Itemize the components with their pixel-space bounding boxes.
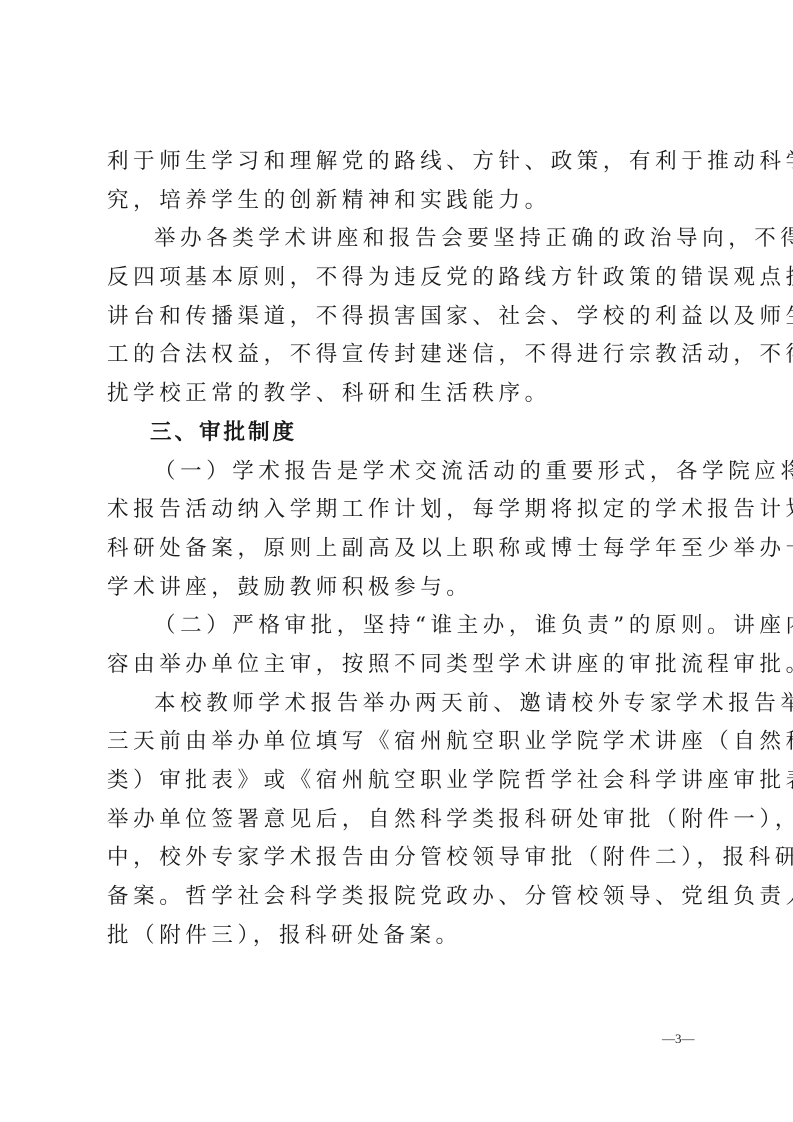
paragraph-start-line: （二）严格审批，坚持“谁主办，谁负责”的原则。讲座内 <box>107 607 691 646</box>
page-number: —3— <box>662 1031 695 1047</box>
text-line: 举办单位签署意见后，自然科学类报科研处审批（附件一），其 <box>107 801 691 840</box>
paragraph-start-line: 本校教师学术报告举办两天前、邀请校外专家学术报告举办 <box>107 685 691 724</box>
text-line: 术报告活动纳入学期工作计划，每学期将拟定的学术报告计划送 <box>107 491 691 530</box>
paragraph-start-line: 举办各类学术讲座和报告会要坚持正确的政治导向，不得违 <box>107 220 691 259</box>
text-line: 反四项基本原则，不得为违反党的路线方针政策的错误观点提供 <box>107 259 691 298</box>
document-page: 利于师生学习和理解党的路线、方针、政策，有利于推动科学研 究，培养学生的创新精神… <box>0 0 793 1122</box>
text-line: 学术讲座，鼓励教师积极参与。 <box>107 569 691 608</box>
text-line: 批（附件三），报科研处备案。 <box>107 917 691 956</box>
section-heading: 三、审批制度 <box>107 414 691 453</box>
text-line: 三天前由举办单位填写《宿州航空职业学院学术讲座（自然科学 <box>107 723 691 762</box>
text-line: 备案。哲学社会科学类报院党政办、分管校领导、党组负责人审 <box>107 878 691 917</box>
text-line: 科研处备案，原则上副高及以上职称或博士每学年至少举办一次 <box>107 530 691 569</box>
text-line: 工的合法权益，不得宣传封建迷信，不得进行宗教活动，不得干 <box>107 336 691 375</box>
text-line: 讲台和传播渠道，不得损害国家、社会、学校的利益以及师生员 <box>107 298 691 337</box>
text-line: 利于师生学习和理解党的路线、方针、政策，有利于推动科学研 <box>107 143 691 182</box>
text-line: 类）审批表》或《宿州航空职业学院哲学社会科学讲座审批表》， <box>107 762 691 801</box>
text-line: 中，校外专家学术报告由分管校领导审批（附件二），报科研处 <box>107 839 691 878</box>
text-line: 究，培养学生的创新精神和实践能力。 <box>107 182 691 221</box>
document-body: 利于师生学习和理解党的路线、方针、政策，有利于推动科学研 究，培养学生的创新精神… <box>107 143 691 955</box>
text-line: 容由举办单位主审，按照不同类型学术讲座的审批流程审批。 <box>107 646 691 685</box>
text-line: 扰学校正常的教学、科研和生活秩序。 <box>107 375 691 414</box>
paragraph-start-line: （一）学术报告是学术交流活动的重要形式，各学院应将学 <box>107 453 691 492</box>
